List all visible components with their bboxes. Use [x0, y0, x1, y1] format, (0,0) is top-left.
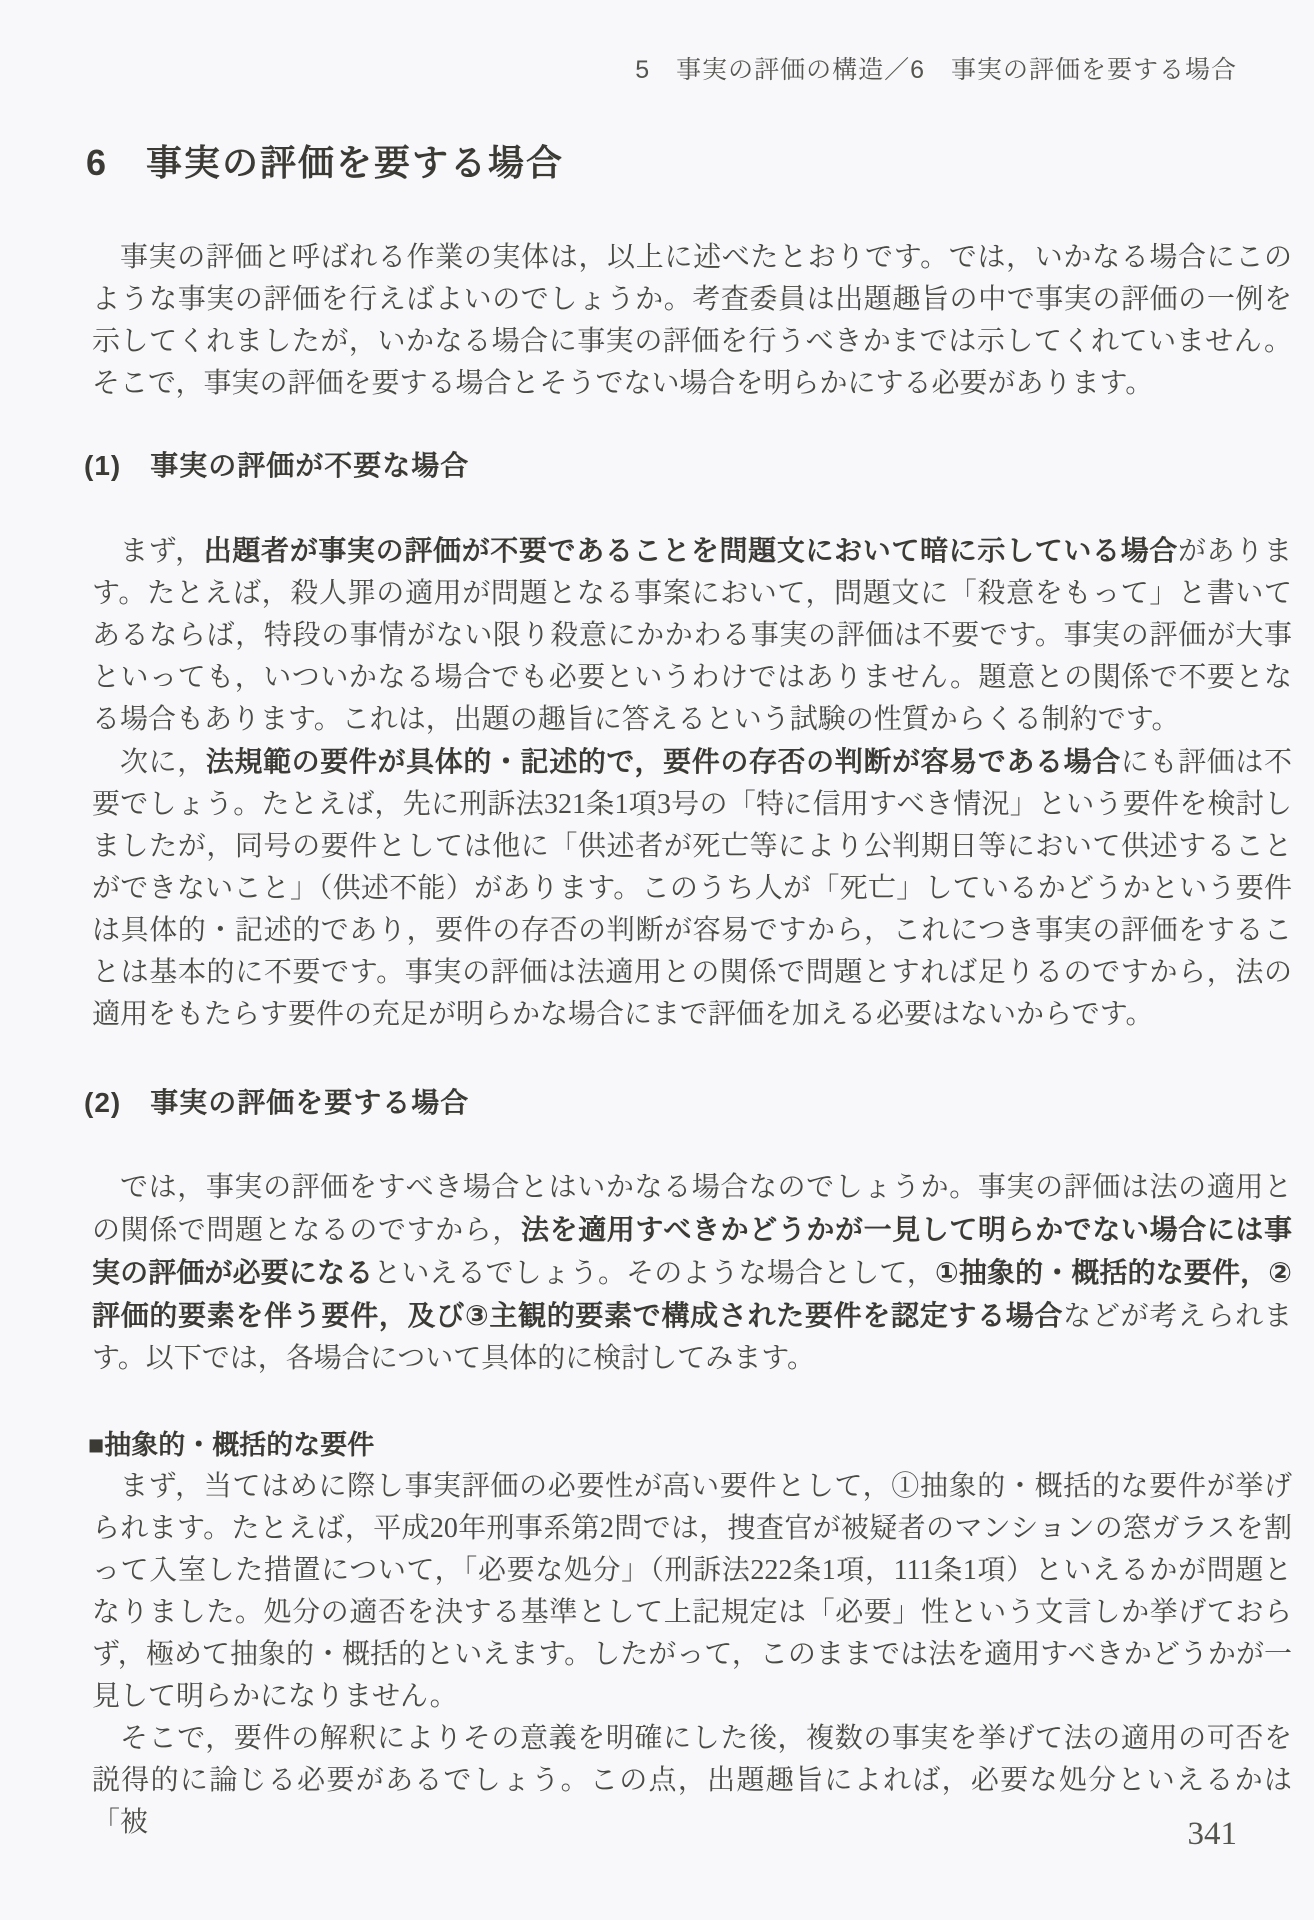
section-1-paragraph-2: 次に，法規範の要件が具体的・記述的で，要件の存否の判断が容易である場合にも評価は… [92, 741, 1292, 1036]
page-content: 5 事実の評価の構造／6 事実の評価を要する場合 6 事実の評価を要する場合 事… [0, 0, 1314, 1844]
subsection-paragraph-1: まず，当てはめに際し事実評価の必要性が高い要件として，①抽象的・概括的な要件が挙… [92, 1466, 1292, 1718]
subsection-heading: ■抽象的・概括的な要件 [88, 1424, 1292, 1466]
section-1-paragraph-1: まず，出題者が事実の評価が不要であることを問題文において暗に示している場合があり… [92, 530, 1292, 741]
intro-paragraph: 事実の評価と呼ばれる作業の実体は，以上に述べたとおりです。では，いかなる場合にこ… [92, 237, 1292, 405]
section-2-paragraph-1: では，事実の評価をすべき場合とはいかなる場合なのでしょうか。事実の評価は法の適用… [92, 1167, 1292, 1380]
page-number: 341 [1188, 1815, 1238, 1853]
page-title: 6 事実の評価を要する場合 [86, 138, 1292, 188]
running-header: 5 事実の評価の構造／6 事実の評価を要する場合 [92, 0, 1237, 88]
section-2-heading: (2) 事実の評価を要する場合 [84, 1082, 1292, 1124]
section-1-heading: (1) 事実の評価が不要な場合 [84, 445, 1292, 487]
subsection-paragraph-2: そこで，要件の解釈によりその意義を明確にした後，複数の事実を挙げて法の適用の可否… [92, 1718, 1292, 1844]
